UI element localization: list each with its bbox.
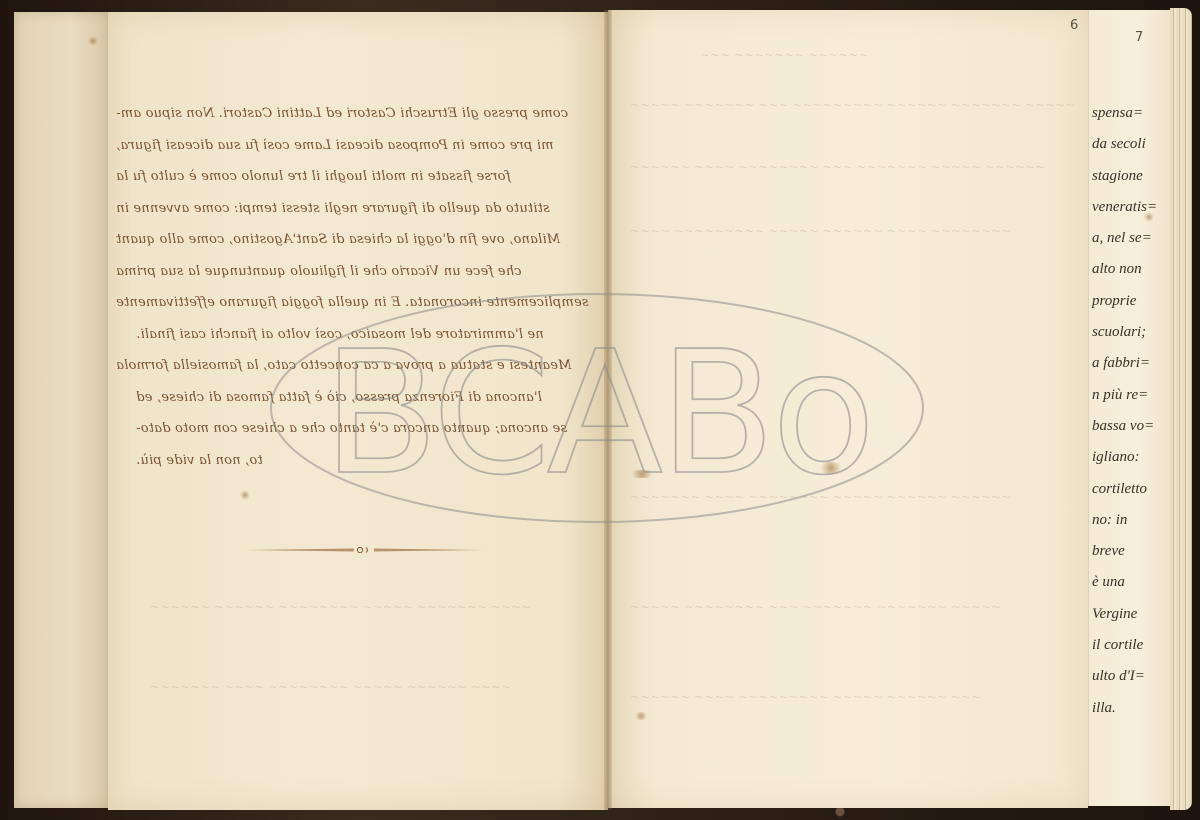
right-page-text: spensa= da secoli stagione veneratis= a,… — [1092, 98, 1172, 724]
text-line: veneratis= — [1092, 192, 1172, 223]
text-line: ne l'ammiratore del mosaico, così volto … — [116, 319, 596, 351]
text-line: stagione — [1092, 161, 1172, 192]
text-line: igliano: — [1092, 442, 1172, 473]
text-line: a fabbri= — [1092, 348, 1172, 379]
ghost-line: ~~~~~ ~~~~~~~~ ~~~ ~~~~~~~ ~~~~~~~ ~~~~~ — [630, 600, 1001, 614]
text-line: l'ancona di Fiorenza presso, ciò è fatta… — [116, 382, 596, 414]
divider-ornament — [244, 547, 484, 553]
foxing-stain — [634, 712, 648, 720]
ghost-line: ~~~~~~ ~~~~ ~~~~~~~~~ ~~~~~ ~~~~~~ ~~~ — [630, 690, 981, 704]
gutter-fold — [604, 10, 612, 810]
foxing-stain — [240, 490, 250, 500]
flyleaf — [14, 12, 112, 808]
page-edges — [1170, 8, 1192, 810]
text-line: breve — [1092, 536, 1172, 567]
foxing-stain — [818, 462, 844, 474]
text-line: proprie — [1092, 286, 1172, 317]
ghost-line: ~~~~~ ~~~~~~~ ~~~ ~~~~~~~~~ ~~~~~~ ~~~~~… — [630, 98, 1075, 112]
text-line: spensa= — [1092, 98, 1172, 129]
text-line: n più re= — [1092, 380, 1172, 411]
text-line: alto non — [1092, 254, 1172, 285]
right-page — [608, 10, 1088, 808]
ghost-line: ~~~~~~ ~~~~~~ ~~~~~~~~ ~~~~~ ~~~~~~~ ~~~… — [150, 600, 531, 614]
text-line: il cortile — [1092, 630, 1172, 661]
text-line: semplicemente incoronata. E in quella fo… — [116, 287, 596, 319]
text-line: se ancona; quanto ancora c'è tanto che a… — [116, 413, 596, 445]
text-line: mi pre come in Pomposa diceasi Lame così… — [116, 130, 596, 162]
text-line: Vergine — [1092, 599, 1172, 630]
page-number-right: 7 — [1135, 30, 1143, 45]
ghost-heading: ~~~ ~~~~~~~ ~~~~~~ — [700, 48, 869, 62]
text-line: to, non la vide più. — [116, 445, 596, 477]
text-line: ulto d'I= — [1092, 661, 1172, 692]
text-line: forse fissate in molti luoghi il tre lun… — [116, 161, 596, 193]
ghost-line: ~~~~~~ ~~~~ ~~~~~~~~ ~~~ ~~~~~~~ ~~~~~ ~… — [630, 160, 1045, 174]
foxing-stain — [628, 470, 656, 478]
text-line: Milano, ove fin d'oggi la chiesa di Sant… — [116, 224, 596, 256]
text-line: come presso gli Etruschi Castori ed Latt… — [116, 98, 596, 130]
text-line: Meantesi e statua a prova a ca concetto … — [116, 350, 596, 382]
text-line: che fece un Vicario che il figliuolo qua… — [116, 256, 596, 288]
text-line: stituto da quello di figurare negli stes… — [116, 193, 596, 225]
text-line: è una — [1092, 567, 1172, 598]
text-line: a, nel se= — [1092, 223, 1172, 254]
text-line: cortiletto — [1092, 474, 1172, 505]
left-page-mirrored-text: come presso gli Etruschi Castori ed Latt… — [116, 98, 596, 476]
text-line: no: in — [1092, 505, 1172, 536]
page-number-left: 6 — [1070, 18, 1078, 33]
foxing-stain — [88, 36, 98, 46]
text-line: illa. — [1092, 693, 1172, 724]
text-line: bassa vo= — [1092, 411, 1172, 442]
ghost-line: ~~~~~~~ ~~~~ ~~~~~~~~ ~~~~~ ~~~~~~ ~~~~~… — [630, 490, 1011, 504]
ghost-line: ~~~~~~~ ~~~~ ~~~~~~~~ ~~~~~ ~~~~~~ ~~~~ — [150, 680, 511, 694]
ghost-line: ~~~~ ~~~~~~~~~ ~~~~~ ~~~~~~ ~~~~ ~~~~~~~… — [630, 224, 1011, 238]
text-line: da secoli — [1092, 129, 1172, 160]
text-line: scuolari; — [1092, 317, 1172, 348]
